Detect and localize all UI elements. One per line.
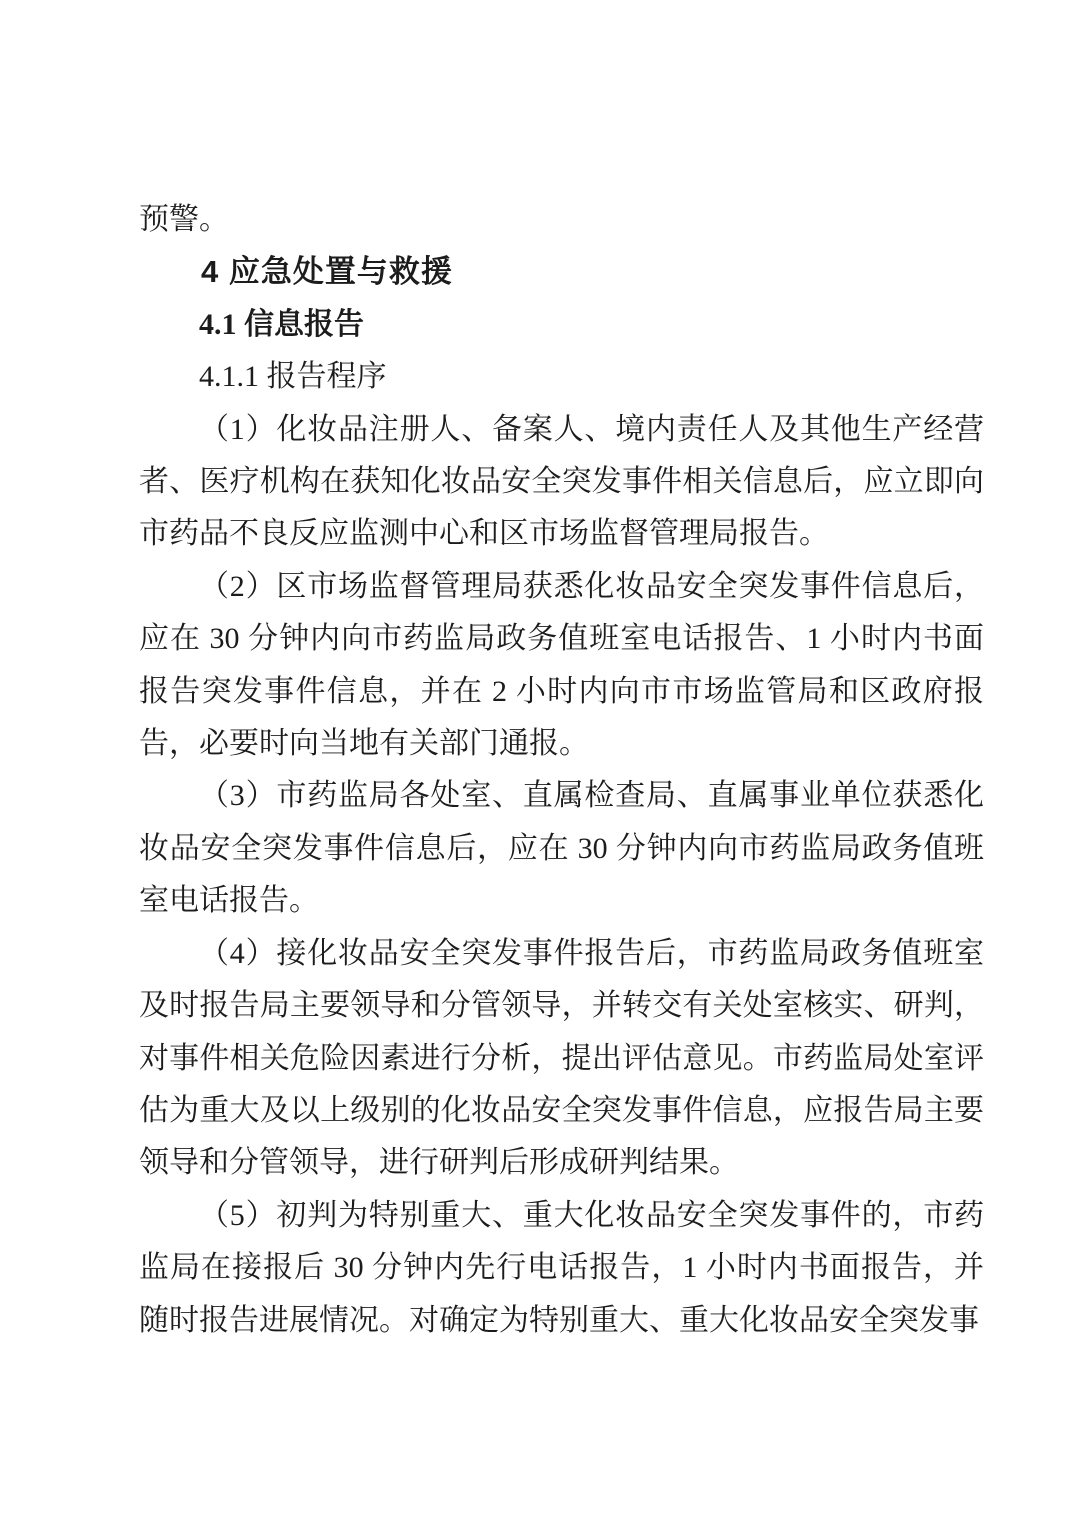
paragraph-item-5: （5）初判为特别重大、重大化妆品安全突发事件的，市药监局在接报后 30 分钟内先… (139, 1190, 984, 1347)
document-content: 预警。 4 应急处置与救援 4.1 信息报告 4.1.1 报告程序 （1）化妆品… (139, 194, 984, 1347)
section-heading-4-emergency-response: 4 应急处置与救援 (139, 246, 984, 298)
paragraph-item-2: （2）区市场监督管理局获悉化妆品安全突发事件信息后，应在 30 分钟内向市药监局… (139, 561, 984, 771)
paragraph-item-1: （1）化妆品注册人、备案人、境内责任人及其他生产经营者、医疗机构在获知化妆品安全… (139, 404, 984, 561)
document-page: 预警。 4 应急处置与救援 4.1 信息报告 4.1.1 报告程序 （1）化妆品… (0, 0, 1074, 1520)
paragraph-item-4: （4）接化妆品安全突发事件报告后，市药监局政务值班室及时报告局主要领导和分管领导… (139, 928, 984, 1190)
paragraph-item-3: （3）市药监局各处室、直属检查局、直属事业单位获悉化妆品安全突发事件信息后，应在… (139, 770, 984, 927)
paragraph-continuation-yujing: 预警。 (139, 194, 984, 246)
subsection-heading-4-1-1-report-procedure: 4.1.1 报告程序 (139, 351, 984, 403)
subsection-heading-4-1-information-report: 4.1 信息报告 (139, 299, 984, 351)
